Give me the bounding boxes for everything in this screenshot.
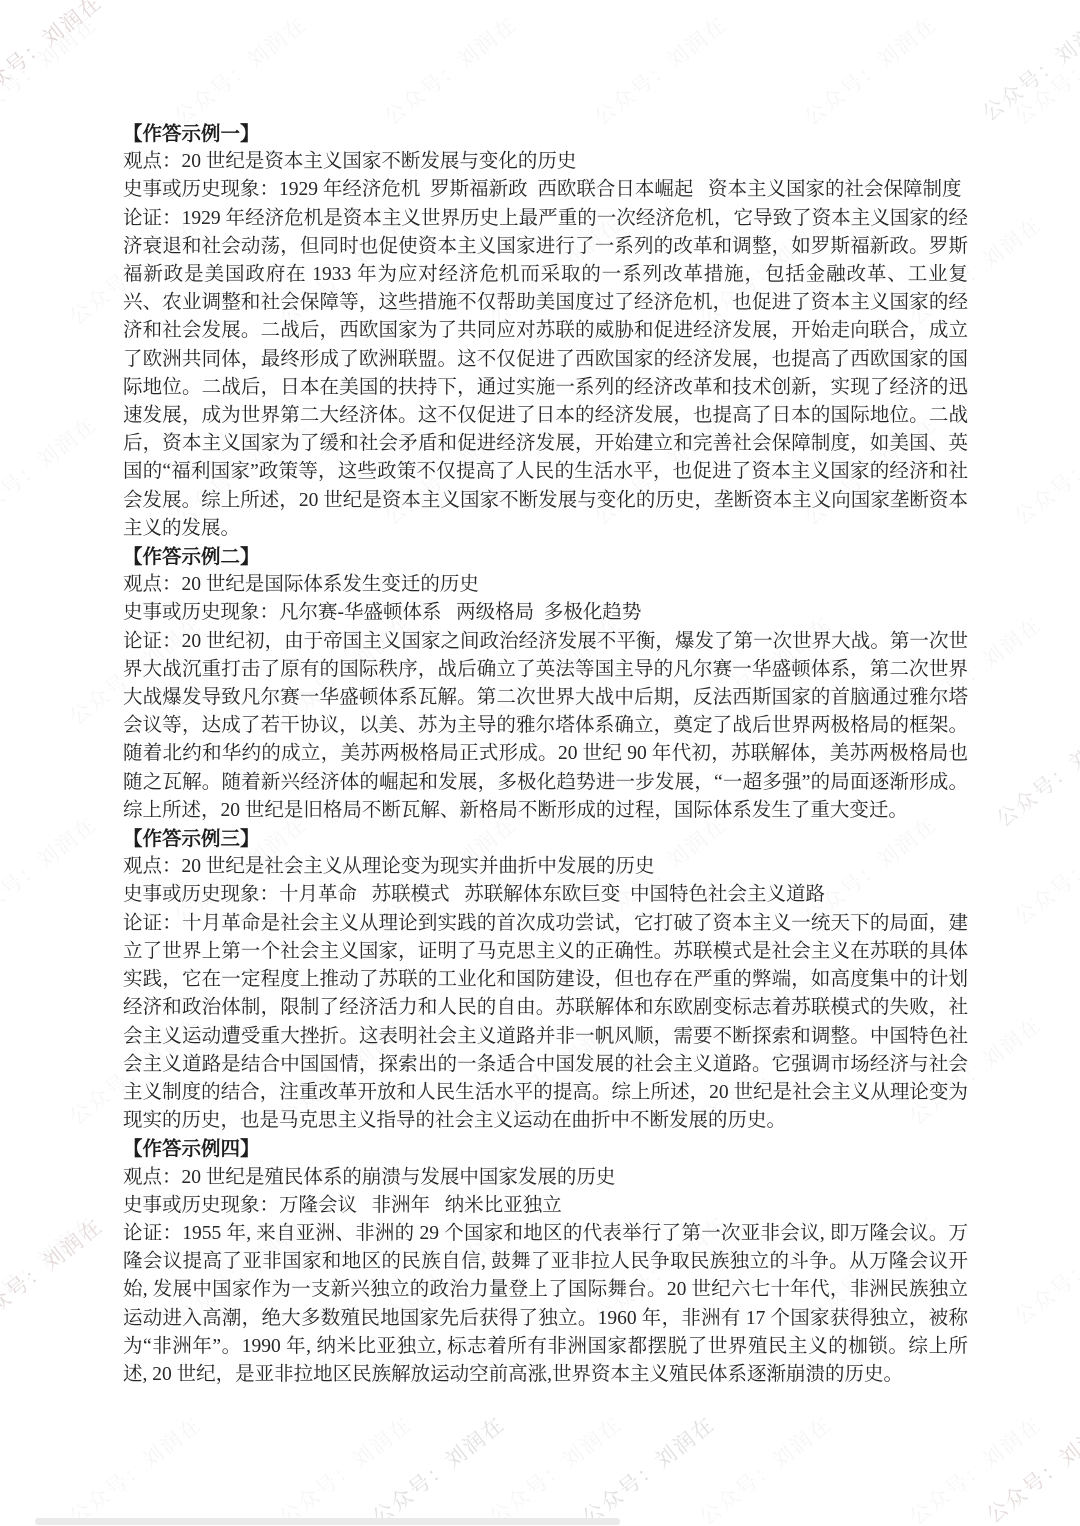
watermark: 公众号：刘润在 xyxy=(377,9,522,132)
section-header: 【作答示例二】 xyxy=(123,543,968,571)
answer-example-3: 【作答示例三】 观点：20 世纪是社会主义从理论变为现实并曲折中发展的历史 史事… xyxy=(123,825,968,1135)
watermark: 公众号：刘润在 xyxy=(365,1409,510,1526)
watermark: 公众号：刘润在 xyxy=(587,9,732,132)
events-line: 史事或历史现象：1929 年经济危机 罗斯福新政 西欧联合日本崛起 资本主义国家… xyxy=(123,176,968,204)
scan-artifact xyxy=(35,1518,620,1525)
watermark: 公众号：刘润在 xyxy=(989,711,1080,834)
argument-paragraph: 论证：十月革命是社会主义从理论到实践的首次成功尝试，它打破了资本主义一统天下的局… xyxy=(123,910,968,1136)
watermark: 公众号：刘润在 xyxy=(272,1409,417,1526)
answer-example-2: 【作答示例二】 观点：20 世纪是国际体系发生变迁的历史 史事或历史现象：凡尔赛… xyxy=(123,543,968,825)
argument-paragraph: 论证：1929 年经济危机是资本主义世界历史上最严重的一次经济危机，它导致了资本… xyxy=(123,205,968,543)
events-line: 史事或历史现象：十月革命 苏联模式 苏联解体东欧巨变 中国特色社会主义道路 xyxy=(123,881,968,909)
section-header: 【作答示例一】 xyxy=(123,120,968,148)
document-body: 【作答示例一】 观点：20 世纪是资本主义国家不断发展与变化的历史 史事或历史现… xyxy=(123,120,968,1389)
answer-example-1: 【作答示例一】 观点：20 世纪是资本主义国家不断发展与变化的历史 史事或历史现… xyxy=(123,120,968,543)
watermark: 公众号：刘润在 xyxy=(0,9,103,132)
viewpoint-line: 观点：20 世纪是资本主义国家不断发展与变化的历史 xyxy=(123,148,968,176)
watermark: 公众号：刘润在 xyxy=(1007,809,1080,932)
watermark: 公众号：刘润在 xyxy=(0,0,108,109)
watermark: 公众号：刘润在 xyxy=(797,9,942,132)
watermark: 公众号：刘润在 xyxy=(575,1409,720,1526)
watermark: 公众号：刘润在 xyxy=(167,9,312,132)
watermark: 公众号：刘润在 xyxy=(1007,1209,1080,1332)
section-header: 【作答示例四】 xyxy=(123,1135,968,1163)
section-header: 【作答示例三】 xyxy=(123,825,968,853)
watermark: 公众号：刘润在 xyxy=(692,1409,837,1526)
viewpoint-line: 观点：20 世纪是殖民体系的崩溃与发展中国家发展的历史 xyxy=(123,1164,968,1192)
watermark: 公众号：刘润在 xyxy=(0,1209,103,1332)
watermark: 公众号：刘润在 xyxy=(0,809,103,932)
viewpoint-line: 观点：20 世纪是国际体系发生变迁的历史 xyxy=(123,571,968,599)
watermark: 公众号：刘润在 xyxy=(1007,409,1080,532)
watermark: 公众号：刘润在 xyxy=(902,1409,1047,1526)
argument-paragraph: 论证：1955 年, 来自亚洲、非洲的 29 个国家和地区的代表举行了第一次亚非… xyxy=(123,1220,968,1389)
watermark: 公众号：刘润在 xyxy=(1007,9,1080,132)
answer-example-4: 【作答示例四】 观点：20 世纪是殖民体系的崩溃与发展中国家发展的历史 史事或历… xyxy=(123,1135,968,1389)
watermark: 公众号：刘润在 xyxy=(979,1407,1080,1526)
argument-paragraph: 论证：20 世纪初，由于帝国主义国家之间政治经济发展不平衡，爆发了第一次世界大战… xyxy=(123,628,968,825)
events-line: 史事或历史现象：万隆会议 非洲年 纳米比亚独立 xyxy=(123,1192,968,1220)
watermark: 公众号：刘润在 xyxy=(0,409,103,532)
events-line: 史事或历史现象：凡尔赛-华盛顿体系 两级格局 多极化趋势 xyxy=(123,599,968,627)
watermark: 公众号：刘润在 xyxy=(975,5,1080,128)
watermark: 公众号：刘润在 xyxy=(62,1409,207,1526)
watermark: 公众号：刘润在 xyxy=(0,1211,109,1334)
watermark: 公众号：刘润在 xyxy=(482,1409,627,1526)
document-page: 公众号：刘润在公众号：刘润在公众号：刘润在公众号：刘润在公众号：刘润在公众号：刘… xyxy=(0,0,1080,1526)
viewpoint-line: 观点：20 世纪是社会主义从理论变为现实并曲折中发展的历史 xyxy=(123,853,968,881)
